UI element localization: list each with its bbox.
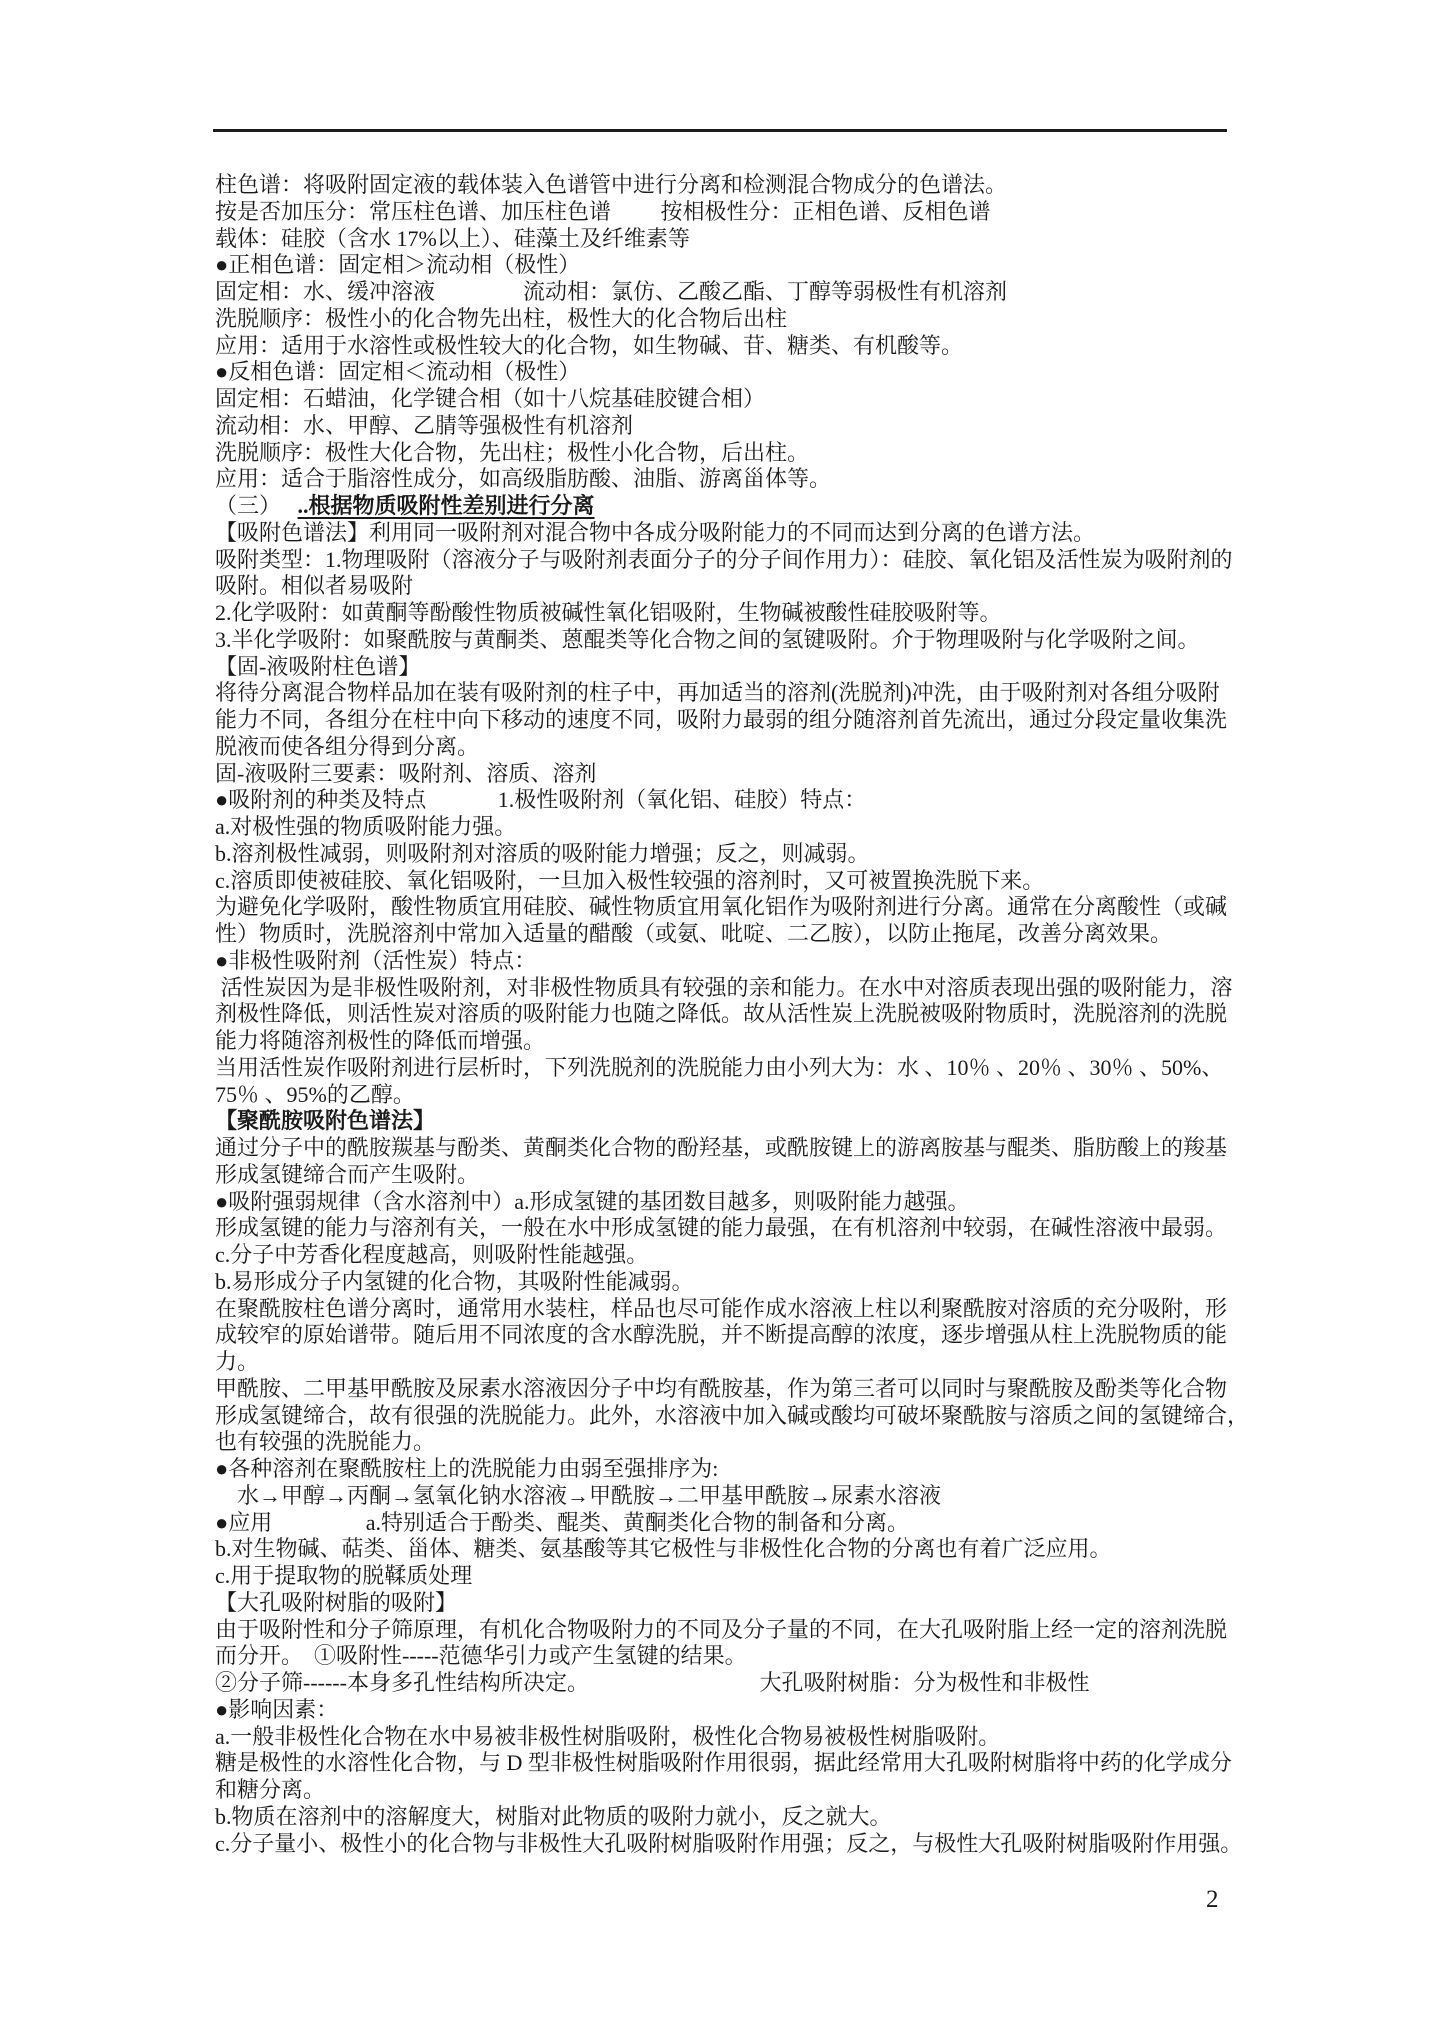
doc-line: 洗脱顺序：极性大化合物，先出柱；极性小化合物，后出柱。 <box>215 440 1251 467</box>
doc-line: 由于吸附性和分子筛原理，有机化合物吸附力的不同及分子量的不同，在大孔吸附脂上经一… <box>215 1617 1251 1644</box>
doc-line: c.分子中芳香化程度越高，则吸附性能越强。 <box>215 1242 1251 1269</box>
doc-line: c.溶质即使被硅胶、氧化铝吸附，一旦加入极性较强的溶剂时，又可被置换洗脱下来。 <box>215 868 1251 895</box>
doc-line: 水→甲醇→丙酮→氢氧化钠水溶液→甲酰胺→二甲基甲酰胺→尿素水溶液 <box>215 1483 1251 1510</box>
doc-line: 【吸附色谱法】利用同一吸附剂对混合物中各成分吸附能力的不同而达到分离的色谱方法。 <box>215 520 1251 547</box>
document-body: 柱色谱：将吸附固定液的载体装入色谱管中进行分离和检测混合物成分的色谱法。按是否加… <box>215 172 1251 1857</box>
doc-line: 吸附。相似者易吸附 <box>215 573 1251 600</box>
document-page: 柱色谱：将吸附固定液的载体装入色谱管中进行分离和检测混合物成分的色谱法。按是否加… <box>0 0 1440 2036</box>
doc-line: ●各种溶剂在聚酰胺柱上的洗脱能力由弱至强排序为: <box>215 1456 1251 1483</box>
doc-line: 【聚酰胺吸附色谱法】 <box>215 1108 1251 1135</box>
doc-line: 能力将随溶剂极性的降低而增强。 <box>215 1028 1251 1055</box>
doc-line: 固定相：石蜡油，化学键合相（如十八烷基硅胶键合相） <box>215 386 1251 413</box>
doc-line: a.对极性强的物质吸附能力强。 <box>215 814 1251 841</box>
doc-line: 形成氢键的能力与溶剂有关，一般在水中形成氢键的能力最强，在有机溶剂中较弱，在碱性… <box>215 1215 1251 1242</box>
page-number: 2 <box>1206 1886 1219 1914</box>
doc-line: 柱色谱：将吸附固定液的载体装入色谱管中进行分离和检测混合物成分的色谱法。 <box>215 172 1251 199</box>
doc-line: 在聚酰胺柱色谱分离时，通常用水装柱，样品也尽可能作成水溶液上柱以利聚酰胺对溶质的… <box>215 1296 1251 1323</box>
doc-line: 脱液而使各组分得到分离。 <box>215 734 1251 761</box>
doc-line: b.易形成分子内氢键的化合物，其吸附性能减弱。 <box>215 1269 1251 1296</box>
doc-line: c.分子量小、极性小的化合物与非极性大孔吸附树脂吸附作用强；反之，与极性大孔吸附… <box>215 1831 1251 1858</box>
doc-line: ●应用 a.特别适合于酚类、醌类、黄酮类化合物的制备和分离。 <box>215 1510 1251 1537</box>
doc-line: 【固-液吸附柱色谱】 <box>215 654 1251 681</box>
doc-line: 性）物质时，洗脱溶剂中常加入适量的醋酸（或氨、吡啶、二乙胺），以防止拖尾，改善分… <box>215 921 1251 948</box>
doc-line: ●吸附剂的种类及特点 1.极性吸附剂（氧化铝、硅胶）特点： <box>215 787 1251 814</box>
doc-line: 通过分子中的酰胺羰基与酚类、黄酮类化合物的酚羟基，或酰胺键上的游离胺基与醌类、脂… <box>215 1135 1251 1162</box>
doc-line: 固-液吸附三要素：吸附剂、溶质、溶剂 <box>215 761 1251 788</box>
doc-line: a.一般非极性化合物在水中易被非极性树脂吸附，极性化合物易被极性树脂吸附。 <box>215 1724 1251 1751</box>
doc-line: 剂极性降低，则活性炭对溶质的吸附能力也随之降低。故从活性炭上洗脱被吸附物质时，洗… <box>215 1001 1251 1028</box>
doc-line: 形成氢键缔合而产生吸附。 <box>215 1162 1251 1189</box>
doc-line: 活性炭因为是非极性吸附剂，对非极性物质具有较强的亲和能力。在水中对溶质表现出强的… <box>215 975 1251 1002</box>
doc-line: 形成氢键缔合，故有很强的洗脱能力。此外，水溶液中加入碱或酸均可破坏聚酰胺与溶质之… <box>215 1403 1251 1430</box>
doc-line: 应用：适合于脂溶性成分，如高级脂肪酸、油脂、游离甾体等。 <box>215 466 1251 493</box>
doc-line: 为避免化学吸附，酸性物质宜用硅胶、碱性物质宜用氧化铝作为吸附剂进行分离。通常在分… <box>215 894 1251 921</box>
doc-line: 流动相：水、甲醇、乙腈等强极性有机溶剂 <box>215 413 1251 440</box>
doc-line: 【大孔吸附树脂的吸附】 <box>215 1590 1251 1617</box>
doc-line: ●吸附强弱规律（含水溶剂中）a.形成氢键的基团数目越多，则吸附能力越强。 <box>215 1189 1251 1216</box>
doc-line: 而分开。 ①吸附性-----范德华引力或产生氢键的结果。 <box>215 1643 1251 1670</box>
doc-line: b.溶剂极性减弱，则吸附剂对溶质的吸附能力增强；反之，则减弱。 <box>215 841 1251 868</box>
doc-line: ●正相色谱：固定相＞流动相（极性） <box>215 252 1251 279</box>
doc-line: c.用于提取物的脱鞣质处理 <box>215 1563 1251 1590</box>
doc-line: ●反相色谱：固定相＜流动相（极性） <box>215 359 1251 386</box>
doc-line: 3.半化学吸附：如聚酰胺与黄酮类、蒽醌类等化合物之间的氢键吸附。介于物理吸附与化… <box>215 627 1251 654</box>
doc-line: 当用活性炭作吸附剂进行层析时，下列洗脱剂的洗脱能力由小列大为：水 、10％ 、2… <box>215 1055 1251 1082</box>
doc-line: b.物质在溶剂中的溶解度大，树脂对此物质的吸附力就小，反之就大。 <box>215 1804 1251 1831</box>
doc-line: 75％ 、95%的乙醇。 <box>215 1082 1251 1109</box>
doc-line: 洗脱顺序：极性小的化合物先出柱，极性大的化合物后出柱 <box>215 306 1251 333</box>
doc-line: （三） ..根据物质吸附性差别进行分离 <box>215 493 1251 520</box>
doc-line: ●非极性吸附剂（活性炭）特点： <box>215 948 1251 975</box>
doc-line: ②分子筛------本身多孔性结构所决定。 大孔吸附树脂：分为极性和非极性 <box>215 1670 1251 1697</box>
doc-line: 和糖分离。 <box>215 1777 1251 1804</box>
doc-line: 成较窄的原始谱带。随后用不同浓度的含水醇洗脱，并不断提高醇的浓度，逐步增强从柱上… <box>215 1322 1251 1349</box>
doc-line: b.对生物碱、萜类、甾体、糖类、氨基酸等其它极性与非极性化合物的分离也有着广泛应… <box>215 1536 1251 1563</box>
doc-line: 能力不同，各组分在柱中向下移动的速度不同，吸附力最弱的组分随溶剂首先流出，通过分… <box>215 707 1251 734</box>
doc-line: 甲酰胺、二甲基甲酰胺及尿素水溶液因分子中均有酰胺基，作为第三者可以同时与聚酰胺及… <box>215 1376 1251 1403</box>
header-rule <box>213 129 1227 132</box>
doc-line: 吸附类型：1.物理吸附（溶液分子与吸附剂表面分子的分子间作用力）：硅胶、氧化铝及… <box>215 547 1251 574</box>
doc-line: 也有较强的洗脱能力。 <box>215 1429 1251 1456</box>
doc-line: 2.化学吸附：如黄酮等酚酸性物质被碱性氧化铝吸附，生物碱被酸性硅胶吸附等。 <box>215 600 1251 627</box>
doc-line: 将待分离混合物样品加在装有吸附剂的柱子中，再加适当的溶剂(洗脱剂)冲洗，由于吸附… <box>215 680 1251 707</box>
doc-line: 应用：适用于水溶性或极性较大的化合物，如生物碱、苷、糖类、有机酸等。 <box>215 333 1251 360</box>
doc-line: 按是否加压分：常压柱色谱、加压柱色谱 按相极性分：正相色谱、反相色谱 <box>215 199 1251 226</box>
doc-line: 糖是极性的水溶性化合物，与 D 型非极性树脂吸附作用很弱，据此经常用大孔吸附树脂… <box>215 1750 1251 1777</box>
doc-line: 力。 <box>215 1349 1251 1376</box>
doc-line: 固定相：水、缓冲溶液 流动相：氯仿、乙酸乙酯、丁醇等弱极性有机溶剂 <box>215 279 1251 306</box>
doc-line: 载体：硅胶（含水 17%以上）、硅藻土及纤维素等 <box>215 226 1251 253</box>
doc-line: ●影响因素： <box>215 1697 1251 1724</box>
